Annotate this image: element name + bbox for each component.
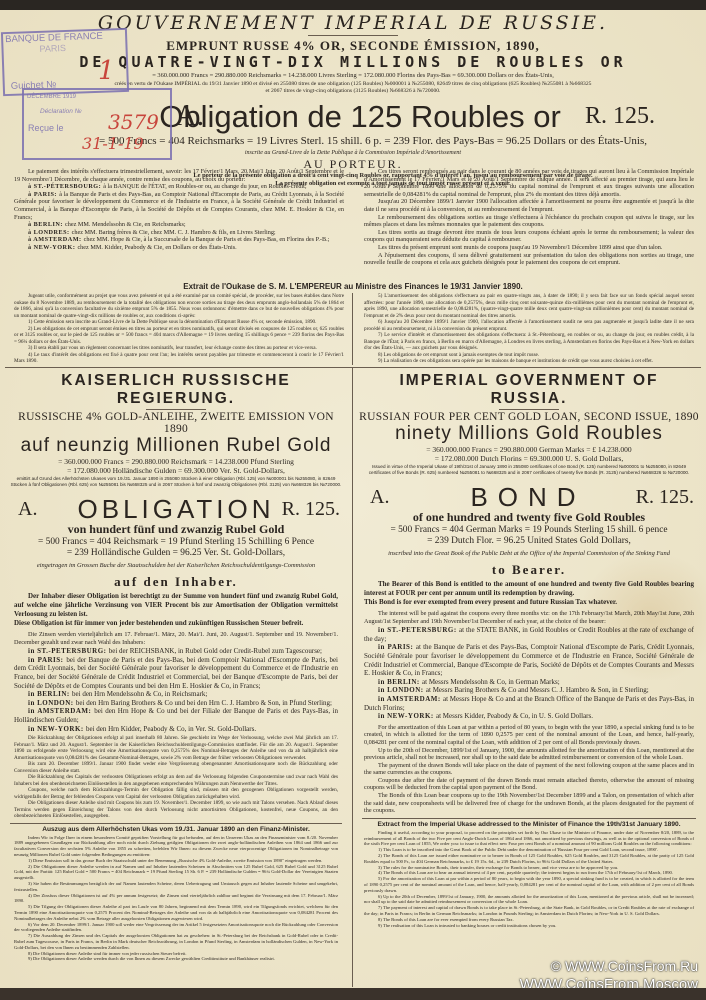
paragraph: Up to the 20th of December, 1899/1st of … <box>364 747 694 762</box>
payment-place: in LONDON: bei den Hrn Baring Brothers &… <box>14 699 338 708</box>
paragraph: Die Rückzahlung der Obligationen erfolgt… <box>14 735 338 761</box>
french-ukase-right: 5) L'amortissement des obligations s'eff… <box>364 293 694 365</box>
english-issued: Issued in virtue of the Imperial Ukase o… <box>362 464 696 476</box>
payment-city: in PARIS: <box>28 656 66 664</box>
payment-city: à LONDRES: <box>28 229 72 236</box>
payment-place: in BERLIN: at Messrs Mendelssohn & Co, i… <box>364 678 694 687</box>
payment-place: à ST.-PÉTERSBOURG: à la BANQUE de l'ÉTAT… <box>14 183 344 191</box>
english-lead-2: This Bond is for ever exempted from ever… <box>364 598 694 607</box>
french-interest-text: Le paiement des intérêts s'effectuera tr… <box>14 168 344 183</box>
english-subtitle: RUSSIAN FOUR PER CENT GOLD LOAN, SECOND … <box>358 411 700 423</box>
payment-city: in AMSTERDAM: <box>28 707 94 715</box>
paragraph: Les titres du présent emprunt sont munis… <box>364 244 694 252</box>
payment-details: at Messrs Baring Brothers & Co and Messr… <box>426 686 649 694</box>
english-interest: The interest will be paid against the co… <box>364 610 694 625</box>
divider <box>308 35 398 36</box>
ukase-paragraph: 4) Le taux d'intérêt des obligations est… <box>14 352 344 365</box>
payment-city: in BERLIN: <box>28 690 72 698</box>
payment-place: in ST.-PETERSBURG: at the STATE BANK, in… <box>364 626 694 643</box>
denomination: R. 125. <box>282 498 340 521</box>
french-redemption-terms: Ces titres seront remboursés au pair dan… <box>364 168 694 267</box>
payment-details: bei der REICHSBANK, in Rubel Gold oder C… <box>109 647 322 655</box>
stamp-city: PARIS <box>39 41 125 54</box>
ukase-paragraph: 2) Die Obligationen dieser Anleihe werde… <box>14 864 338 881</box>
french-obligation-title: Obligation de 125 Roubles or <box>150 99 570 135</box>
english-terms: For the amortization of this Loan at par… <box>364 724 694 815</box>
divider <box>146 409 206 410</box>
paragraph: For the amortization of this Loan at par… <box>364 724 694 747</box>
ukase-paragraph: 4) Der Zinsfuss dieser Obligationen ist … <box>14 893 338 905</box>
stamp-date: DÉCEMBRE 1919 <box>27 94 170 100</box>
ukase-paragraph: Indem Wir in Folge Ihrer in einem besond… <box>14 835 338 858</box>
divider <box>10 823 342 824</box>
payment-place: in NEW-YORK: bei den Hrn Kidder, Peabody… <box>14 725 338 734</box>
german-obligation-row: A. OBLIGATION R. 125. <box>6 494 346 522</box>
english-bond-row: A. BOND R. 125. <box>358 482 700 510</box>
french-ukase-title: Extrait de l'Oukase de S. M. L'EMPEREUR … <box>0 282 706 291</box>
french-payment-places: à ST.-PÉTERSBOURG: à la BANQUE de l'ÉTAT… <box>14 183 344 251</box>
german-ukase-title: Auszug aus dem Allerhöchsten Ukas vom 19… <box>6 826 346 833</box>
watermark-line-2: WWW.CoinsFrom.Moscow <box>520 976 698 988</box>
ukase-paragraph: Jugeant utile, conformément au projet qu… <box>14 293 344 319</box>
ukase-paragraph: 6) Jusqu'au 20 Décembre 1899/1 Janvier 1… <box>364 319 694 332</box>
german-interest: Die Zinsen werden vierteljährlich am 17.… <box>14 631 338 646</box>
payment-place: à LONDRES: chez MM. Baring frères & Cie,… <box>14 229 344 237</box>
paragraph: A l'épuisement des coupons, il sera déli… <box>364 252 694 267</box>
ukase-paragraph: Finding it useful, according to your pro… <box>364 830 694 847</box>
payment-place: in AMSTERDAM: bei den Hrn Hope & Co und … <box>14 707 338 724</box>
english-equivalence-1: = 360.000.000 Francs = 290.880.000 Germa… <box>358 445 700 454</box>
denomination: R. 125. <box>636 486 694 509</box>
payment-city: à AMSTERDAM: <box>28 236 84 243</box>
paragraph: The payment of the drawn Bonds will take… <box>364 762 694 777</box>
payment-place: in PARIS: bei der Banque de Paris et des… <box>14 656 338 690</box>
payment-details: chez MM. Mendelssohn & Cie, en Reichsmar… <box>65 221 186 228</box>
english-amount: ninety Millions Gold Roubles <box>358 423 700 445</box>
english-ukase-title: Extract from the Imperial Ukase addresse… <box>358 821 700 828</box>
payment-city: in NEW-YORK: <box>28 725 86 733</box>
payment-place: à BERLIN: chez MM. Mendelssohn & Cie, en… <box>14 221 344 229</box>
background-edge <box>0 988 706 1000</box>
payment-place: à NEW-YORK: chez MM. Kidder, Peabody & C… <box>14 244 344 252</box>
german-bearer: auf den Inhaber. <box>6 574 346 590</box>
ukase-paragraph: 6) Vor dem 20. December 1899/1. Januar 1… <box>14 922 338 934</box>
ukase-paragraph: 2) Les obligations de cet emprunt seront… <box>14 326 344 346</box>
paragraph: Les titres sortis au tirage devront être… <box>364 229 694 244</box>
german-lead-1: Der Inhaber dieser Obligation ist berech… <box>14 592 338 619</box>
english-lead-1: The Bearer of this Bond is entitled to t… <box>364 580 694 598</box>
payment-details: chez MM. Baring frères & Cie, chez MM. C… <box>72 229 276 236</box>
divider <box>499 409 559 410</box>
denomination: R. 125. <box>585 103 655 130</box>
payment-place: in LONDON: at Messrs Baring Brothers & C… <box>364 686 694 695</box>
payment-details: at Messrs Kidder, Peabody & Co, in U. S.… <box>436 712 593 720</box>
payment-place: in ST.-PETERSBURG: bei der REICHSBANK, i… <box>14 647 338 656</box>
german-payment-places: in ST.-PETERSBURG: bei der REICHSBANK, i… <box>14 647 338 733</box>
ukase-paragraph: 7) Le service d'intérêt et d'amortisseme… <box>364 332 694 352</box>
paragraph: Jusqu'au 20 Décembre 1899/1 Janvier 1900… <box>364 198 694 213</box>
ukase-paragraph: 3) Il sera établi par vous un règlement … <box>14 345 344 352</box>
german-issued: emittirt auf Grund des Allerhöchsten Uka… <box>10 476 342 488</box>
ukase-paragraph: 1) Diese Emission soll in das grosse Buc… <box>14 858 338 864</box>
paragraph: Le remboursement des obligations sorties… <box>364 214 694 229</box>
stamp-guichet-number: 1 <box>98 56 115 86</box>
ukase-paragraph: 5) L'amortissement des obligations s'eff… <box>364 293 694 319</box>
english-title: IMPERIAL GOVERNMENT OF RUSSIA. <box>358 372 700 408</box>
english-bearer: to Bearer. <box>358 562 700 578</box>
ukase-paragraph: 9) Die Obligationen dieser Anleihe werde… <box>14 956 338 962</box>
paragraph: Die Rückzahlung des Capitals der verloos… <box>14 774 338 787</box>
paragraph: Die Obligationen dieser Anleihe sind mit… <box>14 800 338 820</box>
paragraph: Bis zum 20. December 1899/1. Januar 1900… <box>14 761 338 774</box>
ukase-paragraph: 5) For the amortization of this Loan at … <box>364 876 694 893</box>
paragraph: The Bonds of this Loan bear coupons up t… <box>364 792 694 815</box>
payment-details: at Messrs Mendelssohn & Co, in German Ma… <box>422 678 560 686</box>
payment-place: à PARIS: à la Banque de Paris et des Pay… <box>14 191 344 221</box>
ukase-paragraph: 7) The payment of interest and capital o… <box>364 905 694 917</box>
payment-place: in AMSTERDAM: at Messrs Hope & Co and at… <box>364 695 694 712</box>
german-equivalence-4: = 239 Holländische Gulden = 96.25 Ver. S… <box>6 548 346 559</box>
column-divider <box>352 367 353 987</box>
ukase-paragraph: 2) The Bonds of this Loan are issued eit… <box>364 853 694 865</box>
stamp-declaration-number: 3579 <box>108 110 159 134</box>
english-equivalence-3: = 500 Francs = 404 German Marks = 19 Pou… <box>358 525 700 536</box>
french-right-column: Ces titres seront remboursés au pair dan… <box>364 168 694 267</box>
german-equivalence-3: = 500 Francs = 404 Reichsmark = 19 Pfund… <box>6 537 346 548</box>
ukase-paragraph: 6) Up to the 20th of December, 1899/1st … <box>364 894 694 906</box>
payment-details: à la Banque de Paris et des Pays-Bas, au… <box>14 191 344 221</box>
english-equivalence-4: = 239 Dutch Flor. = 96.25 United States … <box>358 536 700 547</box>
bond-document: GOUVERNEMENT IMPERIAL DE RUSSIE. EMPRUNT… <box>0 10 706 988</box>
ukase-paragraph: 1) Cette émission sera inscrite au Grand… <box>14 319 344 326</box>
english-equivalence-2: = 172.080.000 Dutch Florins = 69.300.000… <box>358 454 700 463</box>
german-ukase: Indem Wir in Folge Ihrer in einem besond… <box>14 835 338 963</box>
payment-city: à NEW-YORK: <box>28 244 77 251</box>
german-title: KAISERLICH RUSSISCHE REGIERUNG. <box>6 372 346 408</box>
column-divider <box>352 293 353 365</box>
payment-details: bei den Hrn Mendelssohn & Co, in Reichsm… <box>72 690 207 698</box>
paragraph: Coupons due after the date of payment of… <box>364 777 694 792</box>
ukase-paragraph: 9) The realisation of this Loan is intru… <box>364 923 694 929</box>
english-ukase: Finding it useful, according to your pro… <box>364 830 694 929</box>
payment-city: in LONDON: <box>28 699 76 707</box>
german-amount: auf neunzig Millionen Rubel Gold <box>6 435 346 457</box>
french-left-column: Le paiement des intérêts s'effectuera tr… <box>14 168 344 252</box>
payment-city: in ST.-PETERSBURG: <box>378 626 459 634</box>
payment-place: in PARIS: at the Banque de Paris et des … <box>364 643 694 677</box>
payment-city: in NEW-YORK: <box>378 712 436 720</box>
payment-place: à AMSTERDAM: chez MM. Hope & Cie, à la S… <box>14 236 344 244</box>
german-equivalence-2: = 172.080.000 Holländische Gulden = 69.3… <box>6 466 346 475</box>
payment-city: in LONDON: <box>378 686 426 694</box>
payment-city: à PARIS: <box>28 191 59 198</box>
french-ukase-left: Jugeant utile, conformément au projet qu… <box>14 293 344 365</box>
payment-place: in NEW-YORK: at Messrs Kidder, Peabody &… <box>364 712 694 721</box>
payment-details: bei den Hrn Kidder, Peabody & Co, in Ver… <box>86 725 256 733</box>
section-divider <box>5 367 701 368</box>
german-equivalence-1: = 360.000.000 Francs = 290.880.000 Reich… <box>6 457 346 466</box>
payment-city: in PARIS: <box>378 643 416 651</box>
paragraph: Ces titres seront remboursés au pair dan… <box>364 168 694 198</box>
german-lead-2: Diese Obligation ist für immer von jeder… <box>14 619 338 628</box>
german-terms: Die Rückzahlung der Obligationen erfolgt… <box>14 735 338 820</box>
german-inscribed: eingetragen im Grossen Buche der Staatss… <box>14 562 338 570</box>
payment-city: à ST.-PÉTERSBOURG: <box>28 183 103 190</box>
payment-details: chez MM. Kidder, Peabody & Cie, en Dolla… <box>77 244 236 251</box>
payment-details: bei den Hrn Baring Brothers & Co und bei… <box>76 699 332 707</box>
german-subtitle: RUSSISCHE 4% GOLD-ANLEIHE, ZWEITE EMISSI… <box>6 411 346 435</box>
payment-city: in BERLIN: <box>378 678 422 686</box>
english-inscribed: inscribed into the Great Book of the Pub… <box>366 550 692 558</box>
english-section: IMPERIAL GOVERNMENT OF RUSSIA. RUSSIAN F… <box>358 372 700 928</box>
stamp-recu-date: 31-1-19 <box>82 134 144 153</box>
ukase-paragraph: 3) Sie haben die Bestimmungen bezüglich … <box>14 881 338 893</box>
ukase-paragraph: 9) La réalisation de ces obligations ser… <box>364 358 694 365</box>
ukase-paragraph: 7) Die Auszahlung der Zinsen und des Cap… <box>14 933 338 950</box>
payment-details: chez MM. Hope & Cie, à la Succursale de … <box>84 236 330 243</box>
payment-city: in ST.-PETERSBURG: <box>28 647 109 655</box>
divider <box>362 818 696 819</box>
payment-details: à la BANQUE de l'ÉTAT, en Roubles-or ou,… <box>103 183 306 190</box>
german-section: KAISERLICH RUSSISCHE REGIERUNG. RUSSISCH… <box>6 372 346 962</box>
watermark-line-1: © WWW.CoinsFrom.Ru <box>551 958 698 974</box>
paragraph: Coupons, welche nach dem Rückzahlungs-Te… <box>14 787 338 800</box>
english-payment-places: in ST.-PETERSBURG: at the STATE BANK, in… <box>364 626 694 721</box>
payment-city: in AMSTERDAM: <box>378 695 443 703</box>
ukase-paragraph: 5) Die Tilgung der Obligationen dieser A… <box>14 904 338 921</box>
payment-place: in BERLIN: bei den Hrn Mendelssohn & Co,… <box>14 690 338 699</box>
payment-city: à BERLIN: <box>28 221 65 228</box>
